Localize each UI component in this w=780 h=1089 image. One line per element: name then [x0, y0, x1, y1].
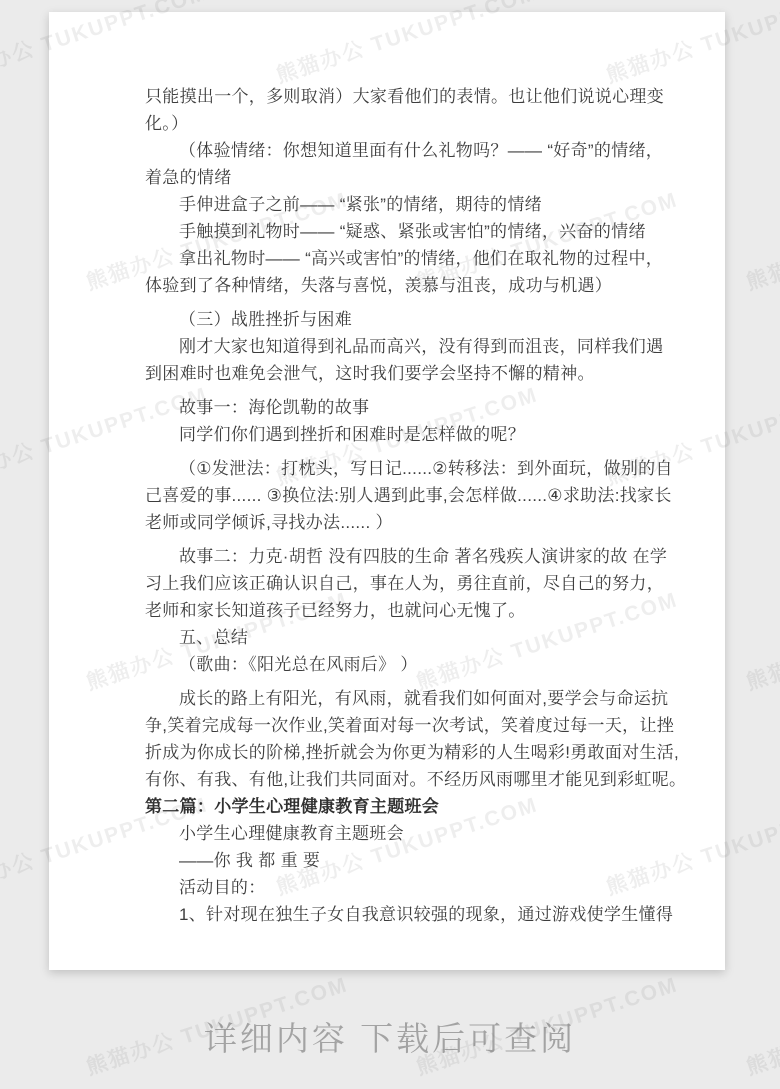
text-line: 体验到了各种情绪，失落与喜悦，羡慕与沮丧，成功与机遇） — [145, 272, 697, 299]
text-line: 习上我们应该正确认识自己，事在人为，勇往直前，尽自己的努力， — [145, 570, 697, 597]
text-line: （体验情绪：你想知道里面有什么礼物吗？—— “好奇”的情绪， — [145, 137, 697, 164]
text-line: 争,笑着完成每一次作业,笑着面对每一次考试，笑着度过每一天，让挫 — [145, 712, 697, 739]
text-line: 折成为你成长的阶梯,挫折就会为你更为精彩的人生喝彩!勇敢面对生活, — [145, 739, 697, 766]
text-line: 着急的情绪 — [145, 164, 697, 191]
text-line: 有你、有我、有他,让我们共同面对。不经历风雨哪里才能见到彩虹呢。 — [145, 766, 697, 793]
text-line: 刚才大家也知道得到礼品而高兴，没有得到而沮丧，同样我们遇 — [145, 333, 697, 360]
text-line: ——你 我 都 重 要 — [145, 847, 697, 874]
text-line: 到困难时也难免会泄气，这时我们要学会坚持不懈的精神。 — [145, 360, 697, 387]
document-body: 只能摸出一个，多则取消）大家看他们的表情。也让他们说说心理变化。）（体验情绪：你… — [145, 83, 697, 928]
text-line: 1、针对现在独生子女自我意识较强的现象，通过游戏使学生懂得 — [145, 901, 697, 928]
text-line: 化。） — [145, 110, 697, 137]
text-line: 拿出礼物时—— “高兴或害怕”的情绪，他们在取礼物的过程中， — [145, 245, 697, 272]
text-line: 活动目的： — [145, 874, 697, 901]
text-line: 老师或同学倾诉,寻找办法...... ） — [145, 509, 697, 536]
text-line: 成长的路上有阳光，有风雨，就看我们如何面对,要学会与命运抗 — [145, 685, 697, 712]
text-line: 手伸进盒子之前—— “紧张”的情绪，期待的情绪 — [145, 191, 697, 218]
text-line: （三）战胜挫折与困难 — [145, 306, 697, 333]
text-line: 手触摸到礼物时—— “疑惑、紧张或害怕”的情绪，兴奋的情绪 — [145, 218, 697, 245]
text-line: （歌曲：《阳光总在风雨后》 ） — [145, 651, 697, 678]
text-line: 小学生心理健康教育主题班会 — [145, 820, 697, 847]
text-line: 同学们你们遇到挫折和困难时是怎样做的呢？ — [145, 421, 697, 448]
text-line: 老师和家长知道孩子已经努力，也就问心无愧了。 — [145, 597, 697, 624]
footer-notice: 详细内容 下载后可查阅 — [0, 1013, 780, 1060]
text-line: 故事一：海伦凯勒的故事 — [145, 394, 697, 421]
watermark-text: 熊猫办公 TUKUPPT.COM — [742, 583, 780, 696]
text-line: （①发泄法：打枕头，写日记......②转移法：到外面玩，做别的自 — [145, 455, 697, 482]
preview-canvas: 只能摸出一个，多则取消）大家看他们的表情。也让他们说说心理变化。）（体验情绪：你… — [0, 0, 780, 1089]
section-heading: 第二篇：小学生心理健康教育主题班会 — [145, 793, 697, 820]
document-page: 只能摸出一个，多则取消）大家看他们的表情。也让他们说说心理变化。）（体验情绪：你… — [49, 12, 725, 970]
watermark-text: 熊猫办公 TUKUPPT.COM — [742, 183, 780, 296]
text-line: 己喜爱的事...... ③换位法:别人遇到此事,会怎样做......④求助法:找… — [145, 482, 697, 509]
text-line: 故事二：力克·胡哲 没有四肢的生命 著名残疾人演讲家的故 在学 — [145, 543, 697, 570]
text-line: 只能摸出一个，多则取消）大家看他们的表情。也让他们说说心理变 — [145, 83, 697, 110]
text-line: 五、总结 — [145, 624, 697, 651]
